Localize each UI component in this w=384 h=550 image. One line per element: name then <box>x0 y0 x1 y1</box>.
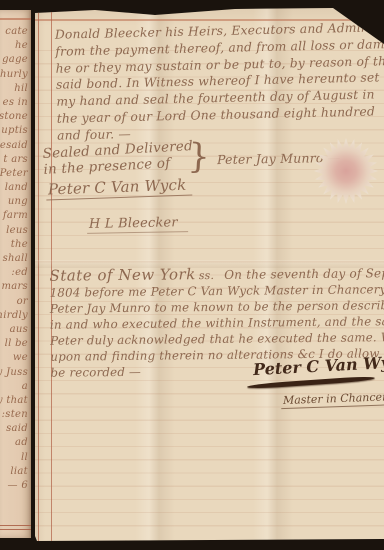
text-fragment: hil <box>0 82 31 96</box>
text-fragment: gage <box>0 53 31 67</box>
text-fragment: or <box>0 295 31 309</box>
scanned-document-image: catehegagehurlyhiles inidstoneuptisesaid… <box>0 0 384 550</box>
text-fragment: sten: <box>0 408 31 422</box>
venue-caption: State of New York <box>49 265 195 285</box>
text-fragment: Peter <box>0 167 31 181</box>
text-fragment: mars <box>0 280 31 294</box>
text-fragment: es in <box>0 96 31 110</box>
text-fragment: 6 — <box>0 479 31 493</box>
ss-abbreviation: ss. <box>196 269 225 282</box>
text-fragment: said <box>0 422 31 436</box>
manuscript-page: Donald Bleecker his Heirs, Executors and… <box>35 8 384 541</box>
previous-page-strip: catehegagehurlyhiles inidstoneuptisesaid… <box>0 10 31 538</box>
text-fragment: land <box>0 181 31 195</box>
text-fragment: thirdly <box>0 309 31 323</box>
strip-bottom-rule <box>0 529 31 531</box>
text-fragment: the <box>0 238 31 252</box>
text-fragment: he <box>0 39 31 53</box>
starburst-wafer-seal <box>314 138 378 204</box>
text-fragment: leus <box>0 224 31 238</box>
text-fragment: y that <box>0 394 31 408</box>
text-fragment: cate <box>0 25 31 39</box>
witness-signature-van-wyck: Peter C Van Wyck <box>46 175 193 200</box>
previous-page-text-fragments: catehegagehurlyhiles inidstoneuptisesaid… <box>0 25 31 493</box>
text-fragment: we <box>0 351 31 365</box>
text-fragment: shall <box>0 252 31 266</box>
text-fragment: aus <box>0 323 31 337</box>
text-fragment: ad <box>0 436 31 450</box>
text-fragment: ung <box>0 195 31 209</box>
text-fragment: y Juss <box>0 366 31 380</box>
text-fragment: ll be <box>0 337 31 351</box>
attestation-clause: Sealed and Delivered in the presence of … <box>42 138 194 178</box>
text-fragment: esaid <box>0 139 31 153</box>
text-fragment: ll <box>0 451 31 465</box>
text-fragment: idstone <box>0 110 31 124</box>
text-fragment: a <box>0 380 31 394</box>
strip-bottom-rule <box>0 525 31 527</box>
text-fragment: farm <box>0 209 31 223</box>
text-fragment: ed: <box>0 266 31 280</box>
text-fragment: liat <box>0 465 31 479</box>
brace-flourish: } <box>187 139 211 174</box>
text-fragment: uptis <box>0 124 31 138</box>
strip-top-margin-rule <box>0 18 31 20</box>
text-fragment: t ars <box>0 153 31 167</box>
bond-closing-paragraph: Donald Bleecker his Heirs, Executors and… <box>55 19 384 144</box>
acknowledgment-date-text: On the seventh day of September <box>224 266 384 282</box>
text-fragment: hurly <box>0 68 31 82</box>
witness-signature-bleecker: H L Bleecker <box>87 215 188 234</box>
officer-title-master-in-chancery: Master in Chancery <box>281 390 384 409</box>
